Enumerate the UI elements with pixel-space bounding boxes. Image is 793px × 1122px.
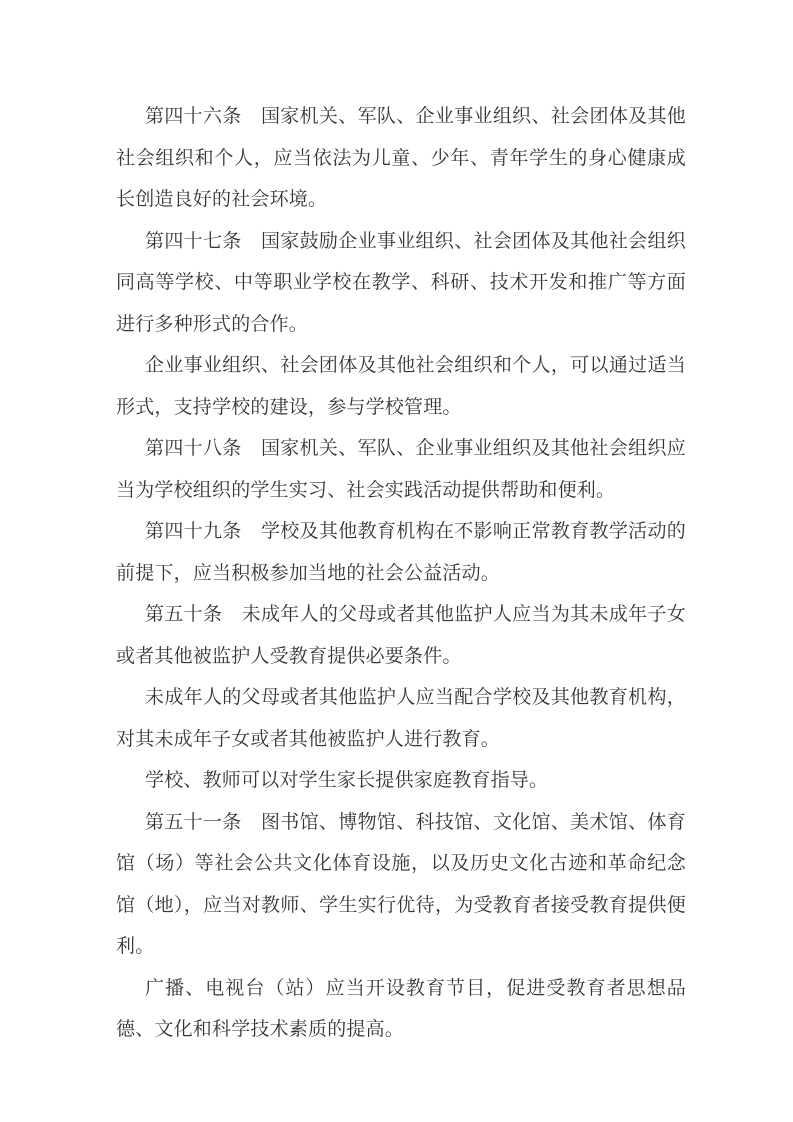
paragraph-article-50-cont-2: 学校、教师可以对学生家长提供家庭教育指导。 [116,760,686,802]
paragraph-article-49: 第四十九条 学校及其他教育机构在不影响正常教育教学活动的前提下，应当积极参加当地… [116,511,686,594]
paragraph-article-51: 第五十一条 图书馆、博物馆、科技馆、文化馆、美术馆、体育馆（场）等社会公共文化体… [116,802,686,968]
paragraph-article-50: 第五十条 未成年人的父母或者其他监护人应当为其未成年子女或者其他被监护人受教育提… [116,594,686,677]
document-page: 第四十六条 国家机关、军队、企业事业组织、社会团体及其他社会组织和个人，应当依法… [0,0,793,1122]
paragraph-article-51-cont: 广播、电视台（站）应当开设教育节目，促进受教育者思想品德、文化和科学技术素质的提… [116,968,686,1051]
paragraph-article-50-cont-1: 未成年人的父母或者其他监护人应当配合学校及其他教育机构，对其未成年子女或者其他被… [116,677,686,760]
document-text-block: 第四十六条 国家机关、军队、企业事业组织、社会团体及其他社会组织和个人，应当依法… [116,96,686,1051]
paragraph-article-47-cont: 企业事业组织、社会团体及其他社会组织和个人，可以通过适当形式，支持学校的建设，参… [116,345,686,428]
paragraph-article-48: 第四十八条 国家机关、军队、企业事业组织及其他社会组织应当为学校组织的学生实习、… [116,428,686,511]
paragraph-article-46: 第四十六条 国家机关、军队、企业事业组织、社会团体及其他社会组织和个人，应当依法… [116,96,686,221]
paragraph-article-47: 第四十七条 国家鼓励企业事业组织、社会团体及其他社会组织同高等学校、中等职业学校… [116,221,686,346]
